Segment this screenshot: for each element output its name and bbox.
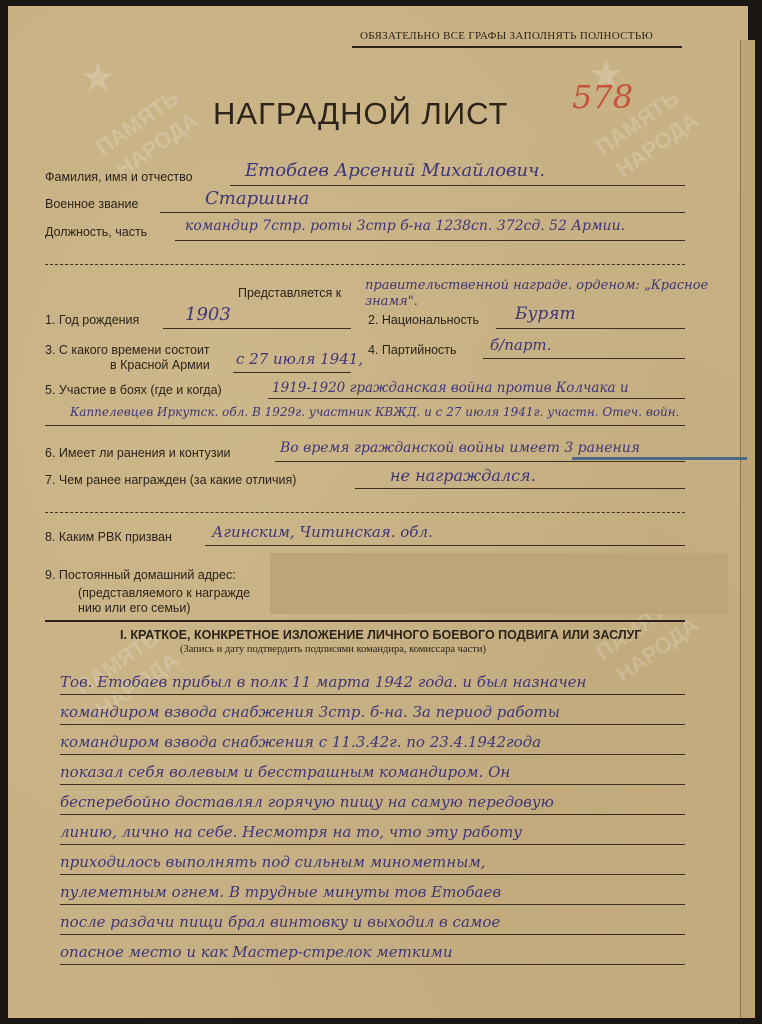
blue-pencil-underline	[572, 457, 747, 460]
party-line	[483, 358, 685, 359]
service-since-value: с 27 июля 1941,	[236, 350, 363, 368]
name-value: Етобаев Арсений Михайлович.	[245, 160, 545, 181]
page-edge	[740, 40, 755, 1018]
battles-line-2	[45, 425, 685, 426]
rvk-label: 8. Каким РВК призван	[45, 530, 172, 544]
watermark-star-icon: ★	[80, 55, 116, 101]
blank-line	[45, 512, 685, 513]
rvk-value: Агинским, Читинская. обл.	[212, 523, 433, 541]
prior-awards-value: не награждался.	[390, 466, 536, 485]
battles-value-1: 1919-1920 гражданская война против Колча…	[272, 380, 629, 396]
narrative-line: командиром взвода снабжения 3стр. б-на. …	[60, 702, 685, 725]
service-since-label: 3. С какого времени состоит	[45, 343, 210, 357]
redacted-address	[270, 553, 728, 614]
narrative-line: после раздачи пищи брал винтовку и выход…	[60, 912, 685, 935]
position-label: Должность, часть	[45, 225, 147, 239]
mandatory-note: ОБЯЗАТЕЛЬНО ВСЕ ГРАФЫ ЗАПОЛНЯТЬ ПОЛНОСТЬ…	[360, 30, 653, 42]
rvk-line	[205, 545, 685, 546]
section-heading: I. КРАТКОЕ, КОНКРЕТНОЕ ИЗЛОЖЕНИЕ ЛИЧНОГО…	[120, 628, 642, 642]
red-file-number: 578	[572, 78, 633, 116]
prior-awards-label: 7. Чем ранее награжден (за какие отличия…	[45, 473, 296, 487]
narrative-line: командиром взвода снабжения с 11.3.42г. …	[60, 732, 685, 755]
narrative-line: Тов. Етобаев прибыл в полк 11 марта 1942…	[60, 672, 685, 695]
narrative-line: бесперебойно доставлял горячую пищу на с…	[60, 792, 685, 815]
nationality-label: 2. Национальность	[368, 313, 479, 327]
name-label: Фамилия, имя и отчество	[45, 170, 193, 184]
narrative-line: приходилось выполнять под сильным миноме…	[60, 852, 685, 875]
wounds-label: 6. Имеет ли ранения и контузии	[45, 446, 231, 460]
position-line	[175, 240, 685, 241]
birth-year-line	[163, 328, 351, 329]
party-value: б/парт.	[490, 336, 551, 354]
narrative-line: линию, лично на себе. Несмотря на то, чт…	[60, 822, 685, 845]
battles-value-2: Каппелевцев Иркутск. обл. В 1929г. участ…	[70, 405, 680, 419]
birth-year-value: 1903	[185, 304, 231, 325]
party-label: 4. Партийность	[368, 343, 457, 357]
address-label: 9. Постоянный домашний адрес:	[45, 568, 236, 582]
nominated-label: Представляется к	[238, 286, 341, 300]
address-label-2: (представляемого к награжде	[78, 586, 250, 600]
blank-line	[45, 264, 685, 265]
narrative-line: показал себя волевым и бесстрашным коман…	[60, 762, 685, 785]
narrative-line: опасное место и как Мастер-стрелок метки…	[60, 942, 685, 965]
rank-label: Военное звание	[45, 197, 138, 211]
prior-awards-line	[355, 488, 685, 489]
name-line	[230, 185, 685, 186]
rank-line	[160, 212, 685, 213]
mandatory-underline	[352, 46, 682, 48]
section-divider	[45, 620, 685, 622]
birth-year-label: 1. Год рождения	[45, 313, 139, 327]
wounds-line	[275, 461, 685, 462]
section-subheading: (Запись и дату подтвердить подписями ком…	[180, 644, 486, 655]
service-since-label-2: в Красной Армии	[110, 358, 210, 372]
battles-line	[268, 398, 685, 399]
rank-value: Старшина	[205, 188, 309, 209]
service-since-line	[233, 372, 351, 373]
battles-label: 5. Участие в боях (где и когда)	[45, 383, 222, 397]
wounds-value: Во время гражданской войны имеет 3 ранен…	[280, 440, 640, 456]
nationality-value: Бурят	[515, 304, 576, 324]
position-value: командир 7стр. роты 3стр б-на 1238сп. 37…	[185, 218, 625, 234]
page-title: НАГРАДНОЙ ЛИСТ	[213, 96, 508, 132]
narrative-line: пулеметным огнем. В трудные минуты тов Е…	[60, 882, 685, 905]
address-label-3: нию или его семьи)	[78, 601, 191, 615]
nationality-line	[496, 328, 685, 329]
